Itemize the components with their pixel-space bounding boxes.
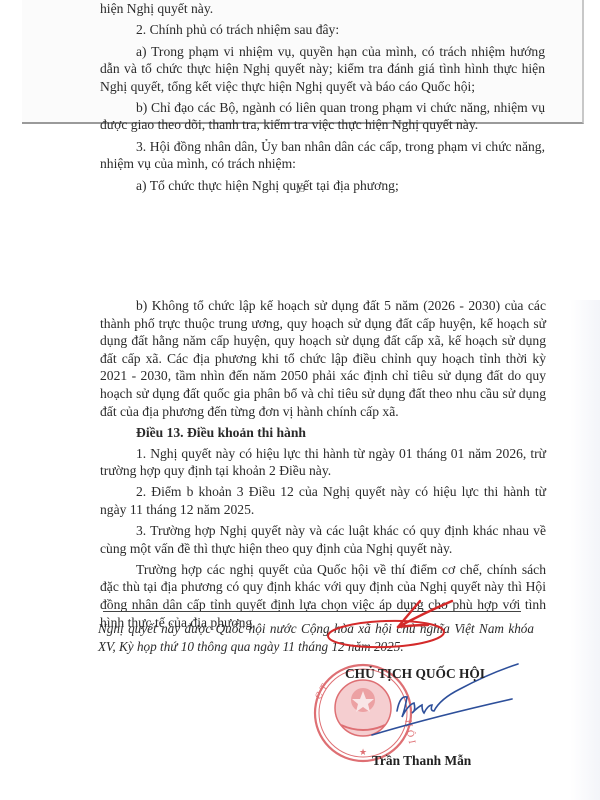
adoption-statement: Nghị quyết này được Quốc hội nước Cộng h… (98, 620, 534, 655)
svg-text:C T: C T (314, 683, 331, 702)
signer-name: Trần Thanh Mẫn (372, 753, 471, 769)
svg-text:H Ộ I: H Ộ I (402, 718, 418, 745)
signature-divider (103, 611, 521, 612)
page-15-body: b) Không tổ chức lập kế hoạch sử dụng đấ… (100, 297, 546, 635)
paragraph: b) Chỉ đạo các Bộ, ngành có liên quan tr… (100, 99, 545, 134)
paragraph: hiện Nghị quyết này. (100, 0, 545, 17)
article-heading: Điều 13. Điều khoản thi hành (100, 424, 546, 442)
paragraph: 2. Chính phủ có trách nhiệm sau đây: (100, 21, 545, 38)
paragraph: a) Trong phạm vi nhiệm vụ, quyền hạn của… (100, 43, 545, 95)
signer-title: CHỦ TỊCH QUỐC HỘI (345, 666, 485, 682)
previous-page-fragment: hiện Nghị quyết này.2. Chính phủ có trác… (22, 0, 584, 124)
paragraph: 1. Nghị quyết này có hiệu lực thi hành t… (100, 445, 546, 480)
page-number: 15 (0, 184, 600, 195)
paragraph: 3. Hội đồng nhân dân, Ủy ban nhân dân cá… (100, 138, 545, 173)
paragraph: b) Không tổ chức lập kế hoạch sử dụng đấ… (100, 297, 546, 420)
paragraph: 2. Điểm b khoản 3 Điều 12 của Nghị quyết… (100, 483, 546, 518)
scan-shadow (570, 300, 600, 800)
paragraph: 3. Trường hợp Nghị quyết này và các luật… (100, 522, 546, 557)
adoption-date: 11 tháng 12 năm 2025. (283, 639, 404, 654)
svg-text:★: ★ (359, 748, 367, 758)
previous-page-text: hiện Nghị quyết này.2. Chính phủ có trác… (100, 0, 545, 198)
